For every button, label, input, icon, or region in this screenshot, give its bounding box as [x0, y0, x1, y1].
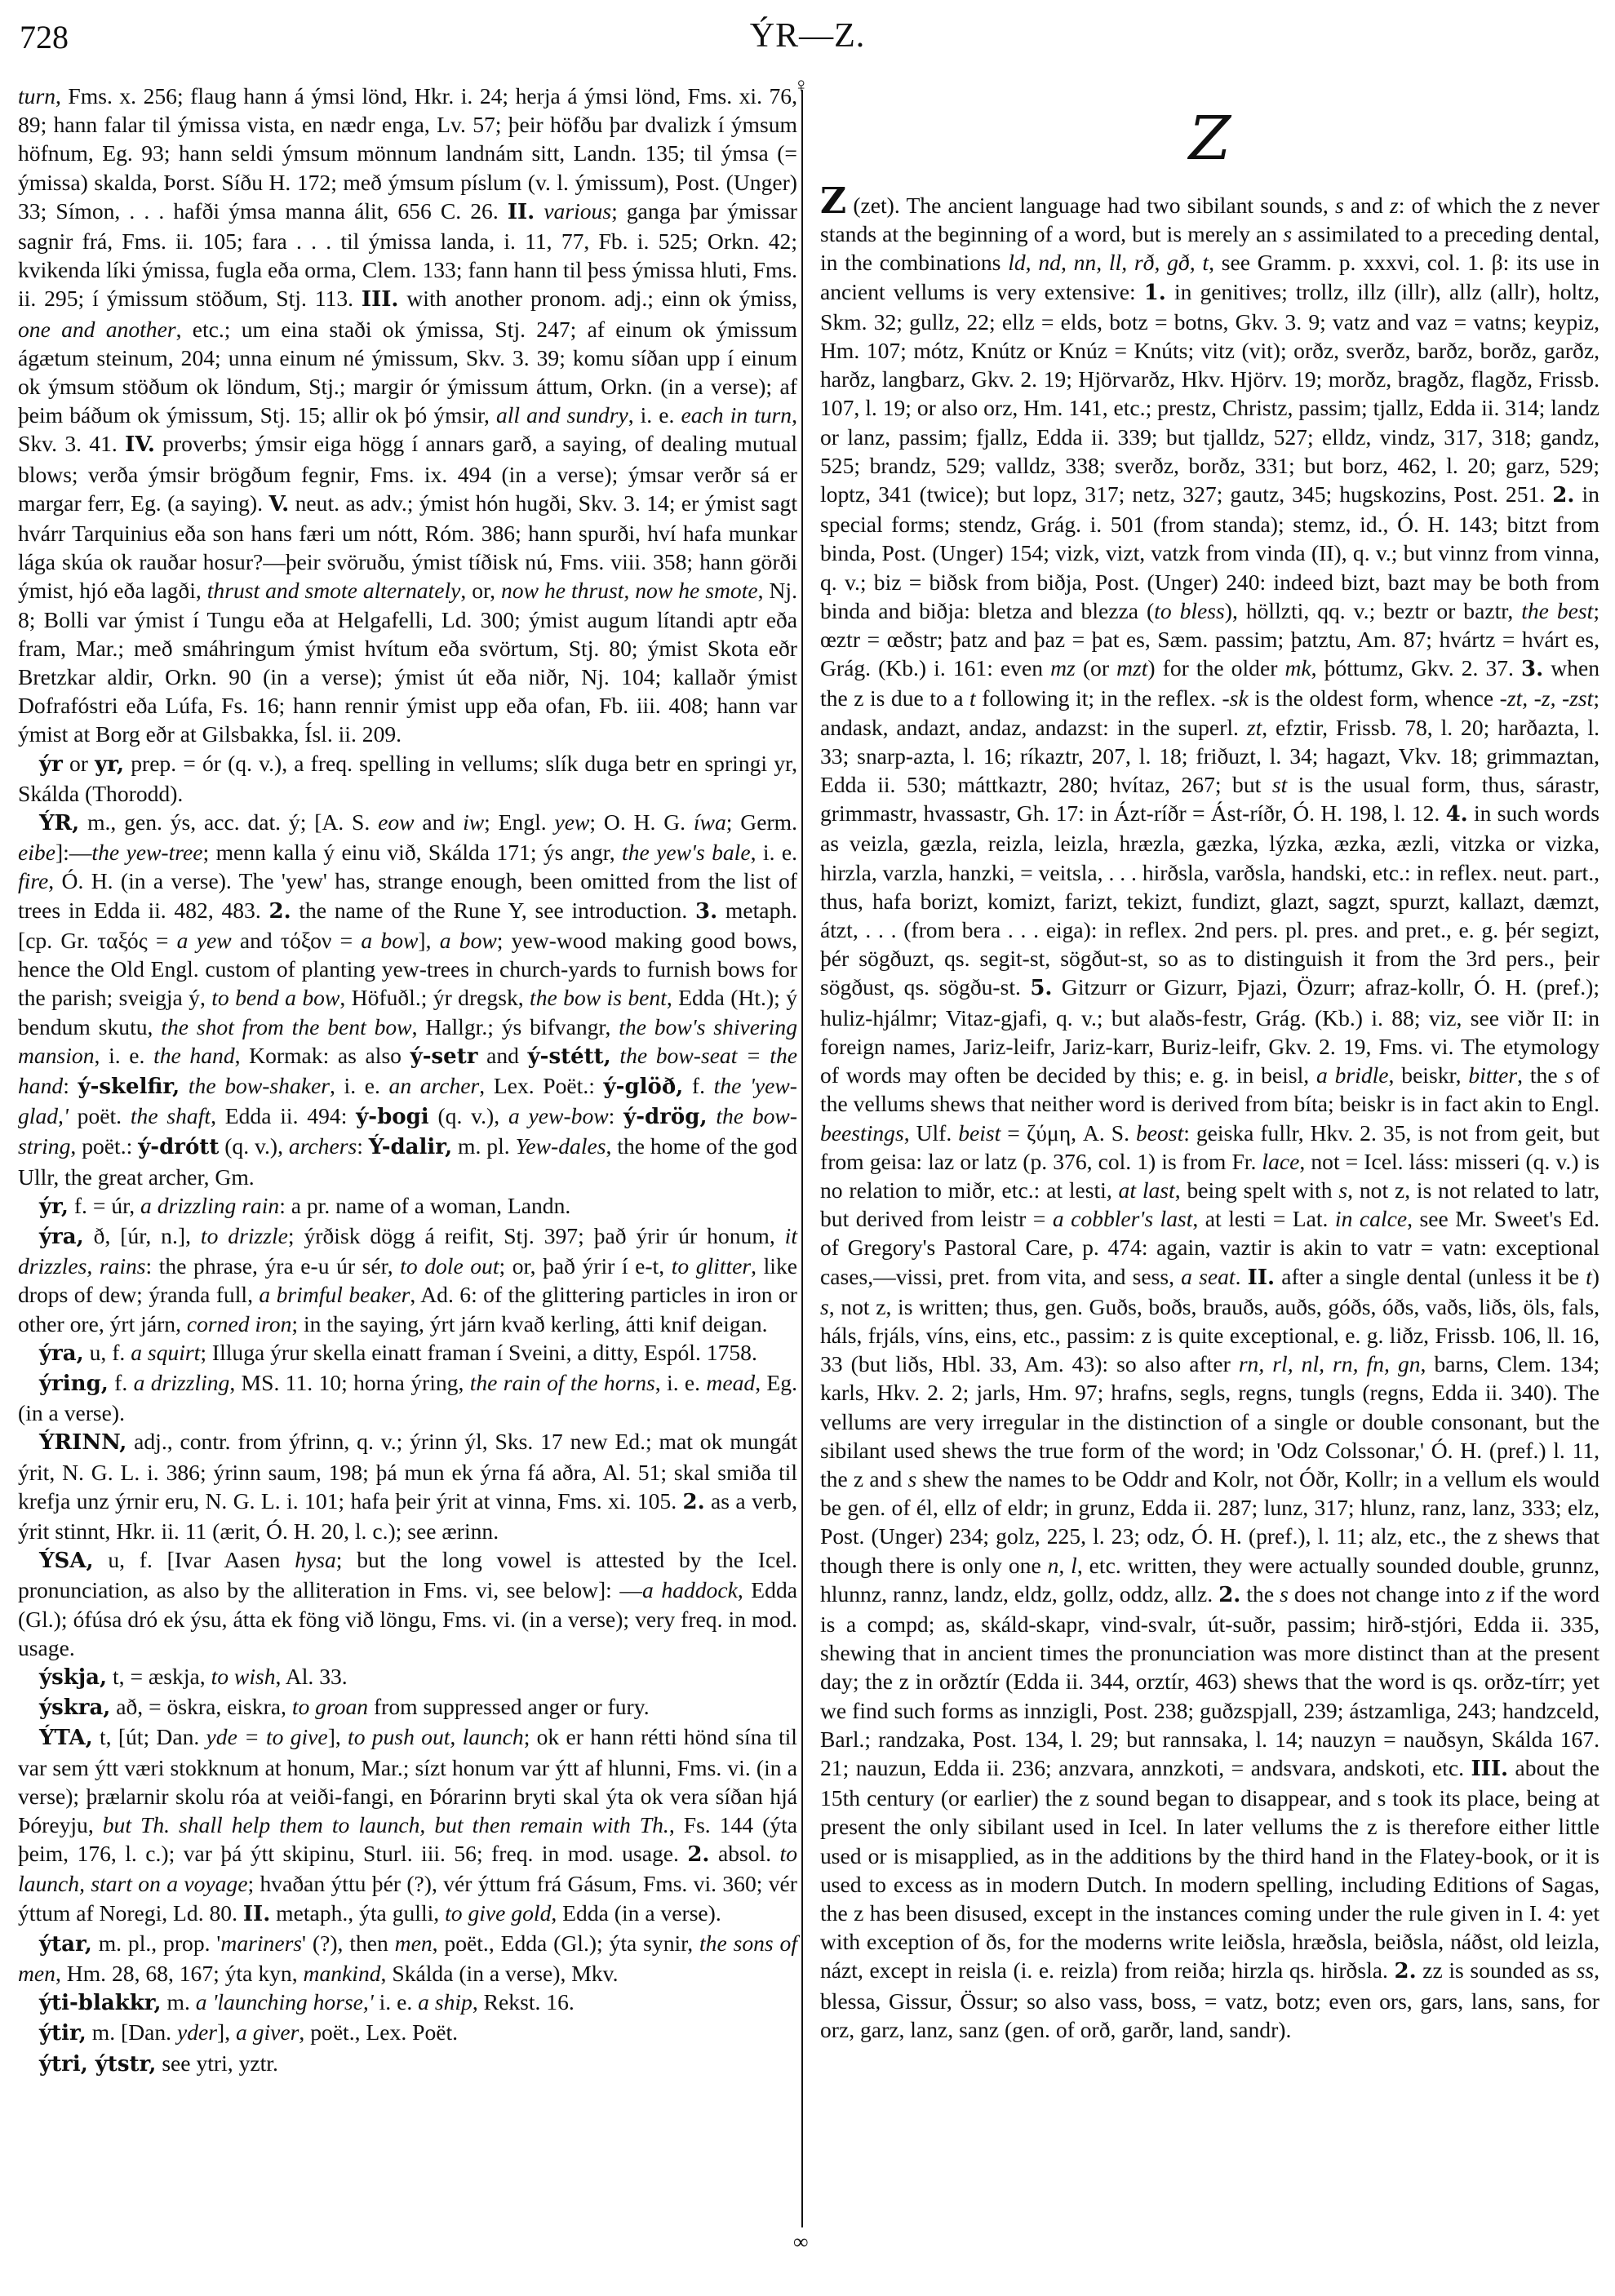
entry-text: prep. = ór (q. v.), a freq. spelling in …	[18, 751, 797, 806]
headword: V.	[269, 492, 290, 516]
headword: 1.	[1144, 281, 1166, 305]
gloss-text: ss	[1577, 1957, 1594, 1983]
headword: III.	[362, 287, 399, 312]
gloss-text: the yew-tree	[91, 840, 202, 865]
entry-text: ]:—	[55, 840, 91, 865]
entry-text: , Edda (in a verse).	[551, 1900, 721, 1926]
headword: ý-skelfir,	[78, 1075, 180, 1099]
headword: ýskra,	[39, 1695, 110, 1720]
entry-text: , MS. 11. 10; horna ýring,	[229, 1370, 469, 1395]
headword: 2.	[683, 1490, 705, 1514]
gloss-text: a drizzling	[134, 1370, 230, 1395]
entry-text	[611, 1043, 620, 1068]
entry-text: að, = öskra, eiskra,	[110, 1694, 291, 1719]
entry-text: = ζύμη, A. S.	[1001, 1120, 1136, 1146]
gloss-text: a squirt	[131, 1340, 200, 1365]
gloss-text: an archer	[389, 1073, 480, 1098]
entry-text	[535, 198, 544, 224]
dictionary-entry: ýtri, ýtstr, see ytri, yztr.	[18, 2049, 797, 2079]
gloss-text: but Th. shall help them to launch, but t…	[103, 1812, 669, 1837]
entry-text: ' (?), then	[302, 1930, 395, 1956]
gloss-text: beost	[1136, 1120, 1183, 1146]
gloss-text: the shaft	[131, 1103, 211, 1128]
entry-text: (q. v.),	[429, 1103, 508, 1128]
gloss-text: s	[1564, 1062, 1573, 1088]
gloss-text: thrust and smote alternately	[207, 578, 461, 603]
headword: 5.	[1030, 976, 1052, 1000]
headword: ý-stétt,	[528, 1044, 611, 1069]
entry-text: ; in the saying, ýrt járn kvað kerling, …	[291, 1311, 767, 1336]
entry-text: , the	[1517, 1062, 1564, 1088]
right-column-entries: Z (zet). The ancient language had two si…	[820, 189, 1599, 2044]
gloss-text: all and sundry	[496, 402, 628, 428]
gloss-text: a giver	[236, 2019, 299, 2045]
entry-text: t, = æskja,	[107, 1664, 211, 1689]
headword: ý-drög,	[623, 1105, 707, 1129]
gloss-text: s	[1280, 1581, 1289, 1607]
gloss-text: to push out, launch	[348, 1724, 524, 1749]
gloss-text: to drizzle	[201, 1223, 288, 1248]
headword: ýti-blakkr,	[39, 1991, 162, 2015]
headword: 2.	[269, 899, 291, 924]
entry-text: , þóttumz, Gkv. 2. 37.	[1311, 655, 1521, 680]
gloss-text: s	[1335, 193, 1344, 218]
entry-text: , i. e.	[751, 840, 797, 865]
entry-text	[708, 1103, 717, 1128]
gloss-text: a cobbler's last	[1053, 1206, 1193, 1231]
entry-text: with another pronom. adj.; einn ok ýmiss…	[398, 286, 797, 311]
entry-text: is the oldest form, whence	[1249, 685, 1500, 711]
headword: 2.	[1395, 1959, 1417, 1984]
entry-text: ; O. H. G.	[589, 809, 693, 835]
headword: 3.	[695, 899, 717, 924]
gloss-text: to glitter	[672, 1253, 751, 1279]
entry-text: ), höllzti, qq. v.; beztr or baztr,	[1225, 598, 1521, 623]
headword: ý-setr	[410, 1044, 478, 1069]
gloss-text: corned iron	[187, 1311, 292, 1336]
entry-text: from suppressed anger or fury.	[368, 1694, 650, 1719]
entry-text: , Nj. 8; Bolli var ýmist í Tungu eða at …	[18, 578, 797, 747]
entry-text: , i. e.	[628, 402, 681, 428]
gloss-text: a seat	[1181, 1264, 1235, 1289]
entry-text: see ytri, yztr.	[156, 2050, 277, 2076]
entry-text: in such words as veizla, gæzla, reizla, …	[820, 800, 1599, 1000]
headword: 2.	[1218, 1583, 1240, 1607]
dictionary-entry: ýr or yr, prep. = ór (q. v.), a freq. sp…	[18, 749, 797, 808]
headword: ýr,	[39, 1195, 69, 1219]
entry-text: , poët., Edda (Gl.); ýta synir,	[433, 1930, 699, 1956]
gloss-text: t	[1586, 1264, 1592, 1289]
entry-text: (q. v.),	[219, 1133, 289, 1159]
gloss-text: hysa	[295, 1547, 336, 1572]
gloss-text: the yew's bale	[622, 840, 751, 865]
headword: ýring,	[39, 1372, 109, 1396]
gloss-text: st	[1272, 772, 1287, 797]
headword: ýr	[39, 752, 63, 777]
headword: II.	[243, 1902, 270, 1926]
entry-text: , Skálda (in a verse), Mkv.	[381, 1961, 619, 1986]
gloss-text: each in turn	[681, 402, 792, 428]
gloss-text: the bow-shaker	[189, 1073, 330, 1098]
headword: ýtri, ýtstr,	[39, 2052, 156, 2077]
headword: II.	[508, 200, 535, 224]
gloss-text: t	[969, 685, 976, 711]
entry-text: : the phrase, ýra e-u úr sér,	[146, 1253, 401, 1279]
entry-text: after a single dental (unless it be	[1275, 1264, 1586, 1289]
gloss-text: a bow	[361, 928, 418, 953]
dictionary-entry: ýra, u, f. a squirt; Illuga ýrur skella …	[18, 1338, 797, 1368]
entry-text: , i. e.	[655, 1370, 707, 1395]
gloss-text: the best	[1521, 598, 1593, 623]
entry-text: u, f.	[84, 1340, 131, 1365]
gloss-text: ld, nd, nn, ll, rð, gð, t	[1008, 250, 1209, 275]
entry-text: f.	[109, 1370, 134, 1395]
gloss-text: now he thrust, now he smote	[501, 578, 758, 603]
headword: 3.	[1521, 657, 1543, 681]
gloss-text: a yew	[177, 928, 232, 953]
gloss-text: mk	[1284, 655, 1311, 680]
dictionary-entry: ýskra, að, = öskra, eiskra, to groan fro…	[18, 1692, 797, 1722]
dictionary-entry: ÝRINN, adj., contr. from ýfrinn, q. v.; …	[18, 1427, 797, 1545]
entry-text: the name of the Rune Y, see introduction…	[291, 898, 695, 923]
headword: ýra,	[39, 1341, 84, 1366]
entry-text: :	[357, 1133, 369, 1159]
entry-text: u, f. [Ivar Aasen	[94, 1547, 295, 1572]
gloss-text: beestings	[820, 1120, 904, 1146]
entry-text: and	[415, 809, 464, 835]
headword: ýskja,	[39, 1665, 107, 1690]
entry-text: m. pl., prop. '	[92, 1930, 221, 1956]
entry-text: , poët.:	[70, 1133, 138, 1159]
headword: ýtar,	[39, 1932, 92, 1957]
headword: ý-drótt	[138, 1135, 219, 1159]
gloss-text: a bow	[440, 928, 497, 953]
gloss-text: -sk	[1222, 685, 1249, 711]
gloss-text: Yew-dales	[516, 1133, 606, 1159]
headword: ÝSA,	[39, 1549, 94, 1573]
entry-text: absol.	[710, 1841, 780, 1866]
gloss-text: eow	[378, 809, 414, 835]
gloss-text: various	[544, 198, 611, 224]
entry-text: ; or, það ýrir í e-t,	[499, 1253, 672, 1279]
entry-text: and	[1344, 193, 1390, 218]
gloss-text: fire	[18, 868, 48, 893]
dictionary-entry: ÝR, m., gen. ýs, acc. dat. ý; [A. S. eow…	[18, 808, 797, 1191]
column-rule-bottom-ornament-icon: ∞	[793, 2232, 809, 2253]
gloss-text: zt	[1247, 715, 1262, 740]
entry-text: f.	[683, 1073, 713, 1098]
dictionary-entry: ýtir, m. [Dan. yder], a giver, poët., Le…	[18, 2018, 797, 2048]
dictionary-entry: turn, Fms. x. 256; flaug hann á ýmsi lön…	[18, 82, 797, 749]
entry-text: :	[609, 1103, 623, 1128]
entry-text: and τόξον =	[232, 928, 362, 953]
entry-text: i. e.	[374, 1989, 418, 2015]
entry-text: , poët., Lex. Poët.	[299, 2019, 458, 2045]
gloss-text: iw	[463, 809, 484, 835]
headword: ÝTA,	[39, 1726, 93, 1750]
entry-text: )	[1592, 1264, 1599, 1289]
gloss-text: turn	[18, 83, 55, 109]
entry-text: or	[63, 751, 95, 776]
entry-text: , or,	[460, 578, 501, 603]
gloss-text: the hand	[153, 1043, 235, 1068]
gloss-text: men	[395, 1930, 433, 1956]
gloss-text: in calce	[1335, 1206, 1407, 1231]
entry-text: , Kormak: as also	[235, 1043, 410, 1068]
gloss-text: to give gold	[445, 1900, 551, 1926]
dictionary-entry: ÝTA, t, [út; Dan. yde = to give], to pus…	[18, 1722, 797, 1928]
headword: III.	[1471, 1757, 1509, 1781]
gloss-text: the bow is bent	[530, 985, 667, 1010]
entry-text: : a pr. name of a woman, Landn.	[279, 1193, 570, 1218]
gloss-text: to bend a bow	[211, 985, 339, 1010]
section-letter-heading: Z	[820, 100, 1599, 178]
entry-text: ],	[217, 2019, 236, 2045]
gloss-text: s	[1283, 221, 1292, 246]
gloss-text: n, l	[1048, 1553, 1077, 1578]
gloss-text: bitter	[1468, 1062, 1517, 1088]
dictionary-entry: ÝSA, u, f. [Ivar Aasen hysa; but the lon…	[18, 1545, 797, 1662]
gloss-text: íwa	[694, 809, 726, 835]
gloss-text: a 'launching horse,'	[196, 1989, 374, 2015]
dictionary-entry: Z (zet). The ancient language had two si…	[820, 189, 1599, 2044]
gloss-text: lace	[1262, 1149, 1299, 1174]
gloss-text: z	[1390, 193, 1399, 218]
entry-text: , Edda ii. 494:	[211, 1103, 356, 1128]
headword: ÝRINN,	[39, 1430, 126, 1455]
gloss-text: mariners	[220, 1930, 302, 1956]
entry-text: , i. e.	[95, 1043, 154, 1068]
gloss-text: beist	[958, 1120, 1001, 1146]
entry-text: if the word is a compd; as, skáld-skapr,…	[820, 1581, 1599, 1780]
entry-text: (or	[1076, 655, 1116, 680]
entry-text: , Rekst. 16.	[473, 1989, 575, 2015]
entry-text: , Höfuðl.; ýr dregsk,	[339, 985, 530, 1010]
entry-text: ) for the older	[1147, 655, 1284, 680]
gloss-text: mz	[1050, 655, 1076, 680]
left-column: turn, Fms. x. 256; flaug hann á ýmsi lön…	[18, 82, 797, 2079]
gloss-text: eibe	[18, 840, 55, 865]
entry-text: ; Illuga ýrur skella einatt framan í Sve…	[200, 1340, 757, 1365]
dictionary-entry: ýskja, t, = æskja, to wish, Al. 33.	[18, 1662, 797, 1692]
entry-text: does not change into	[1289, 1581, 1486, 1607]
entry-text: ],	[328, 1724, 348, 1749]
gloss-text: yew	[555, 809, 590, 835]
gloss-text: mead	[706, 1370, 755, 1395]
gloss-text: to bless	[1154, 598, 1225, 623]
gloss-text: s	[907, 1466, 916, 1492]
gloss-text: a brimful beaker	[259, 1282, 410, 1307]
dictionary-entry: ýtar, m. pl., prop. 'mariners' (?), then…	[18, 1929, 797, 1988]
entry-text: and	[477, 1043, 527, 1068]
entry-text: ; menn kalla ý einu við, Skálda 171; ýs …	[203, 840, 623, 865]
gloss-text: to dole out	[400, 1253, 499, 1279]
gloss-text: a yew-bow	[508, 1103, 609, 1128]
entry-text: , Al. 33.	[276, 1664, 348, 1689]
entry-text: , i. e.	[330, 1073, 389, 1098]
entry-text: :	[63, 1073, 78, 1098]
entry-text: , Lex. Poët.:	[479, 1073, 603, 1098]
headword: Ý-dalir,	[369, 1135, 452, 1159]
gloss-text: to groan	[292, 1694, 368, 1719]
entry-text: (zet). The ancient language had two sibi…	[846, 193, 1335, 218]
entry-text: , being spelt with	[1175, 1177, 1339, 1203]
gloss-text: -zt, -z, -zst	[1500, 685, 1594, 711]
entry-text: metaph., ýta gulli,	[270, 1900, 445, 1926]
entry-text: , beiskr,	[1389, 1062, 1469, 1088]
headword: IV.	[125, 432, 155, 457]
entry-text: ; Engl.	[484, 809, 554, 835]
running-head: ÝR—Z.	[0, 16, 1615, 55]
gloss-text: the rain of the horns	[470, 1370, 655, 1395]
headword: ý-bogi	[356, 1105, 428, 1129]
gloss-text: one and another	[18, 317, 176, 342]
headword: II.	[1248, 1265, 1275, 1290]
gloss-text: s	[1338, 1177, 1347, 1203]
gloss-text: the shot from the bent bow	[161, 1014, 411, 1039]
entry-text: the	[1240, 1581, 1280, 1607]
entry-text: ; Germ.	[726, 809, 797, 835]
entry-text: t, [út; Dan.	[93, 1724, 206, 1749]
entry-text: zz is sounded as	[1417, 1957, 1577, 1983]
dictionary-entry: ýring, f. a drizzling, MS. 11. 10; horna…	[18, 1368, 797, 1427]
entry-text: about the 15th century (or earlier) the …	[820, 1755, 1599, 1983]
gloss-text: archers	[289, 1133, 357, 1159]
gloss-text: s	[820, 1294, 829, 1319]
gloss-text: z	[1486, 1581, 1495, 1607]
headword: 4.	[1446, 802, 1468, 827]
gloss-text: a drizzling rain	[140, 1193, 279, 1218]
gloss-text: a ship	[418, 1989, 473, 2015]
entry-text: ; ýrðisk dögg á reifit, Stj. 397; það ýr…	[288, 1223, 785, 1248]
gloss-text: to wish	[211, 1664, 276, 1689]
entry-text	[180, 1073, 189, 1098]
dictionary-entry: ýra, ð, [úr, n.], to drizzle; ýrðisk dög…	[18, 1221, 797, 1338]
headword: Z	[820, 180, 846, 222]
entry-text: m.	[162, 1989, 196, 2015]
entry-text: in genitives; trollz, illz (illr), allz …	[820, 279, 1599, 507]
entry-text: m. pl.	[452, 1133, 515, 1159]
entry-text: following it; in the reflex.	[976, 685, 1222, 711]
entry-text: .	[1236, 1264, 1248, 1289]
entry-text: ð, [úr, n.],	[84, 1223, 201, 1248]
entry-text: , Hm. 28, 68, 167; ýta kyn,	[55, 1961, 304, 1986]
right-column: Z Z (zet). The ancient language had two …	[820, 82, 1599, 2044]
gloss-text: mankind	[304, 1961, 381, 1986]
gloss-text: rn, rl, nl, rn, fn, gn	[1239, 1351, 1421, 1376]
gloss-text: a bridle	[1316, 1062, 1389, 1088]
gloss-text: mzt	[1116, 655, 1147, 680]
headword: ÝR,	[39, 811, 79, 836]
headword: ýra,	[39, 1225, 84, 1249]
entry-text: ],	[418, 928, 439, 953]
dictionary-entry: ýr, f. = úr, a drizzling rain: a pr. nam…	[18, 1191, 797, 1221]
headword: yr,	[95, 752, 124, 777]
entry-text: , Hallgr.; ýs bifvangr,	[412, 1014, 619, 1039]
column-divider	[801, 90, 803, 2227]
entry-text: poët.	[69, 1103, 131, 1128]
entry-text: f. = úr,	[69, 1193, 140, 1218]
gloss-text: yder	[177, 2019, 217, 2045]
headword: ýtir,	[39, 2021, 87, 2046]
headword: ý-glöð,	[604, 1075, 684, 1099]
entry-text: m. [Dan.	[87, 2019, 177, 2045]
entry-text: m., gen. ýs, acc. dat. ý; [A. S.	[79, 809, 378, 835]
entry-text: , at lesti = Lat.	[1192, 1206, 1334, 1231]
gloss-text: yde = to give	[206, 1724, 328, 1749]
entry-text: adj., contr. from ýfrinn, q. v.; ýrinn ý…	[18, 1429, 797, 1513]
gloss-text: at last	[1119, 1177, 1175, 1203]
gloss-text: a haddock	[642, 1577, 738, 1602]
headword: 2.	[1552, 483, 1574, 508]
entry-text: , Ulf.	[904, 1120, 959, 1146]
dictionary-entry: ýti-blakkr, m. a 'launching horse,' i. e…	[18, 1988, 797, 2018]
headword: 2.	[687, 1842, 709, 1867]
